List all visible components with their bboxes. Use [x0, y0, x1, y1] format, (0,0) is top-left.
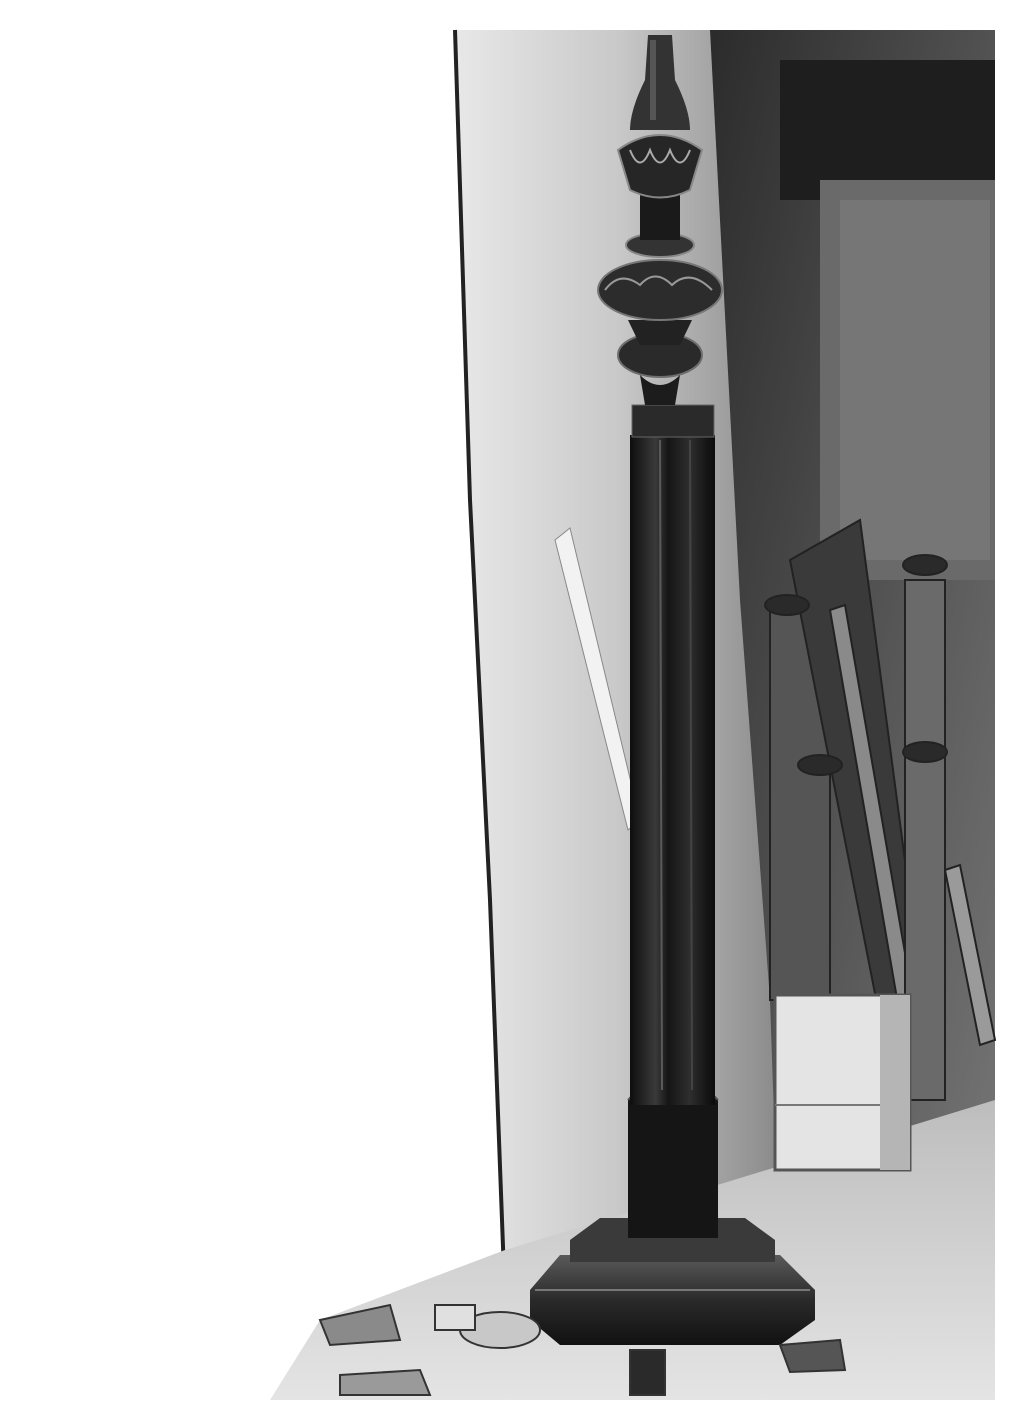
- candlestick-plinth: [628, 1100, 718, 1238]
- candlestick-shaft: [630, 435, 715, 1105]
- candlestick-base-lower: [530, 1255, 815, 1345]
- carved-leaf-cup: [618, 135, 702, 198]
- wooden-crate: [775, 995, 910, 1170]
- photo-canvas: [0, 0, 1013, 1420]
- carved-knop-main: [598, 260, 722, 320]
